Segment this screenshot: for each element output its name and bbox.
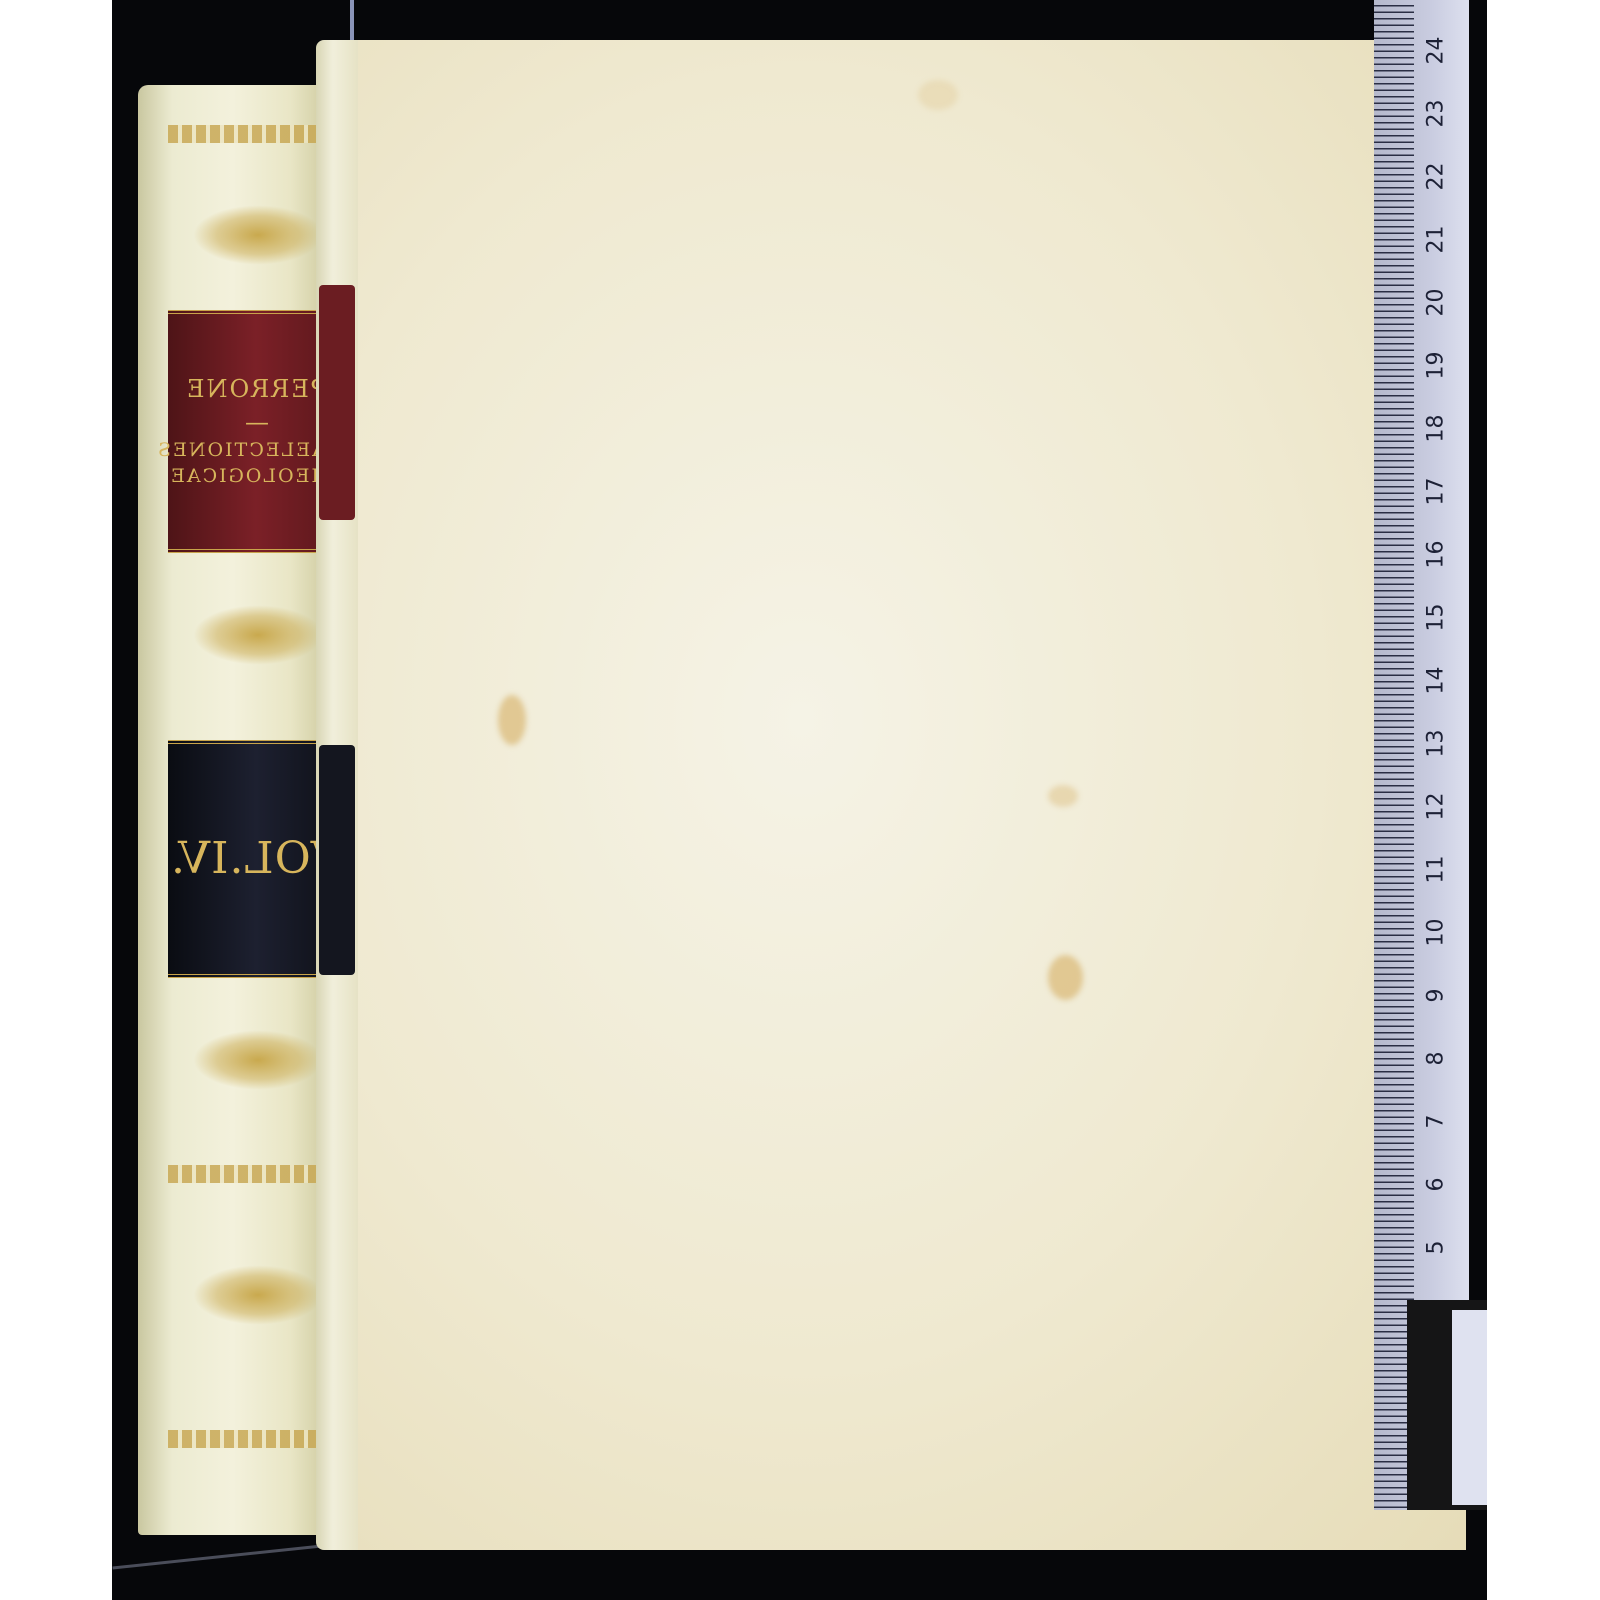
ruler-label: 11 (1424, 850, 1449, 890)
front-volume-spine (316, 40, 358, 1550)
ruler-label: 13 (1424, 724, 1449, 764)
book-photograph: PERRONE — PRAELECTIONES THEOLOGICAE VOL.… (112, 0, 1487, 1600)
ruler-label: 24 (1424, 31, 1449, 71)
ruler-label: 20 (1424, 283, 1449, 323)
ruler-label: 17 (1424, 472, 1449, 512)
gilt-ornament-icon (193, 605, 323, 665)
ruler-label: 5 (1424, 1228, 1449, 1268)
ruler-label: 6 (1424, 1165, 1449, 1205)
ruler-label: 19 (1424, 346, 1449, 386)
foxing-stain (498, 695, 526, 745)
ruler-stand-face (1452, 1310, 1487, 1505)
ruler-label: 22 (1424, 157, 1449, 197)
gilt-ornament-icon (193, 205, 323, 265)
foxing-stain (1048, 955, 1083, 1000)
ruler-ticks (1374, 0, 1414, 1510)
front-volume (316, 40, 1466, 1550)
shelf-edge (112, 1544, 331, 1570)
ruler-label: 18 (1424, 409, 1449, 449)
vellum-cover (358, 40, 1466, 1550)
back-volume-spine: PERRONE — PRAELECTIONES THEOLOGICAE VOL.… (138, 85, 328, 1535)
ruler-label: 10 (1424, 913, 1449, 953)
ruler-label: 8 (1424, 1039, 1449, 1079)
measuring-ruler: 24 23 22 21 20 19 18 17 16 15 14 13 12 1… (1374, 0, 1469, 1510)
ruler-label: 12 (1424, 787, 1449, 827)
spine-title-label (319, 285, 355, 520)
ruler-label: 15 (1424, 598, 1449, 638)
ruler-label: 16 (1424, 535, 1449, 575)
author-text: PERRONE (185, 373, 327, 405)
gilt-ornament-icon (193, 1030, 323, 1090)
foxing-stain (1048, 785, 1078, 807)
ruler-label: 9 (1424, 976, 1449, 1016)
spine-volume-label (319, 745, 355, 975)
ruler-label: 14 (1424, 661, 1449, 701)
foxing-stain (918, 80, 958, 110)
divider-text: — (243, 406, 269, 438)
ruler-label: 21 (1424, 220, 1449, 260)
gilt-ornament-icon (193, 1265, 323, 1325)
ruler-label: 7 (1424, 1102, 1449, 1142)
ruler-label: 23 (1424, 94, 1449, 134)
